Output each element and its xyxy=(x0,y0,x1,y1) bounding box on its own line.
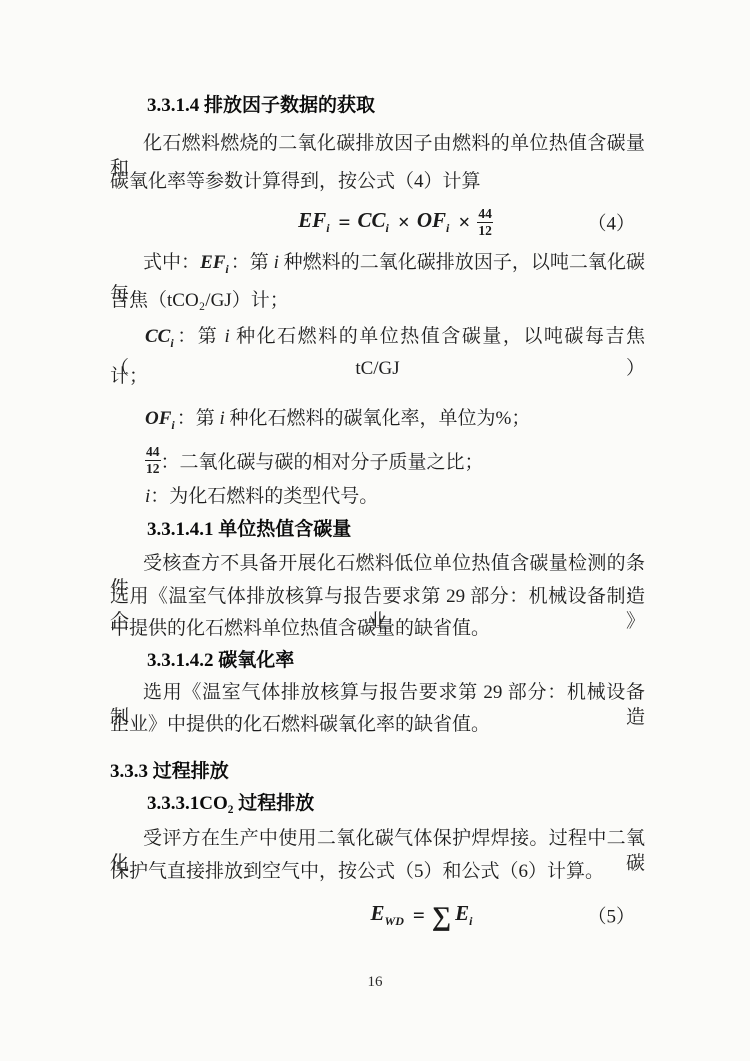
formula-subscript: WD xyxy=(385,914,404,928)
definition-colon: ： xyxy=(161,447,180,474)
heading-carbon-oxidation-rate: 3.3.1.4.2 碳氧化率 xyxy=(110,648,645,673)
formula-subscript: i xyxy=(446,221,449,235)
fraction-denominator: 12 xyxy=(146,461,160,476)
paragraph-line: 碳氧化率等参数计算得到，按公式（4）计算 xyxy=(110,169,645,194)
definition-text: ：第 xyxy=(176,326,225,347)
definition-text: 二氧化碳与碳的相对分子质量之比； xyxy=(180,447,484,474)
heading-co2-process-emission: 3.3.3.1CO₂ 过程排放 xyxy=(110,791,645,816)
paragraph-line: 企业》中提供的化石燃料碳氧化率的缺省值。 xyxy=(110,712,645,737)
formula-4: EFi = CCi × OFi × 4412 （4） xyxy=(110,200,645,244)
formula-5-expression: EWD = ∑ Ei xyxy=(371,900,475,931)
equation-number: （5） xyxy=(587,902,635,929)
fraction-44-12: 4412 xyxy=(477,206,493,237)
summation-sign: ∑ xyxy=(432,901,451,932)
paragraph-line: 保护气直接排放到空气中，按公式（5）和公式（6）计算。 xyxy=(110,859,645,884)
definition-text: ：为化石燃料的类型代号。 xyxy=(150,486,378,507)
formula-var: E xyxy=(371,901,385,925)
formula-var: CC xyxy=(145,326,170,347)
formula-var: OF xyxy=(417,208,446,232)
heading-emission-factor-data: 3.3.1.4 排放因子数据的获取 xyxy=(110,93,645,118)
formula-subscript: i xyxy=(225,262,228,276)
fraction-44-12: 4412 xyxy=(145,444,161,475)
equals-sign: = xyxy=(339,210,351,235)
formula-4-expression: EFi = CCi × OFi × 4412 xyxy=(298,206,493,237)
definition-of: OFi：第 i 种化石燃料的碳氧化率，单位为%； xyxy=(110,406,645,438)
formula-subscript: i xyxy=(469,914,472,928)
fraction-numerator: 44 xyxy=(477,206,493,222)
formula-var: OF xyxy=(145,408,171,429)
definition-ef-continuation: 吉焦（tCO₂/GJ）计； xyxy=(110,288,645,313)
paragraph-line: 中提供的化石燃料单位热值含碳量的缺省值。 xyxy=(110,616,645,641)
formula-5: EWD = ∑ Ei （5） xyxy=(110,893,645,937)
times-sign: × xyxy=(398,210,410,235)
definition-cc-continuation: 计； xyxy=(110,364,645,389)
formula-var: EF xyxy=(200,252,225,273)
fraction-numerator: 44 xyxy=(145,444,161,460)
definition-text: 种化石燃料的碳氧化率，单位为%； xyxy=(225,408,531,429)
definition-i: i：为化石燃料的类型代号。 xyxy=(110,484,645,509)
definition-ratio: 4412：二氧化碳与碳的相对分子质量之比； xyxy=(110,441,645,479)
document-page: 3.3.1.4 排放因子数据的获取 化石燃料燃烧的二氧化碳排放因子由燃料的单位热… xyxy=(0,0,750,1061)
formula-subscript: i xyxy=(171,418,174,432)
definition-text: ：第 xyxy=(177,408,220,429)
formula-var: E xyxy=(455,901,469,925)
formula-subscript: i xyxy=(170,336,173,350)
times-sign: × xyxy=(458,210,470,235)
heading-unit-carbon-content: 3.3.1.4.1 单位热值含碳量 xyxy=(110,517,645,542)
formula-subscript: i xyxy=(326,221,329,235)
definition-text: ：第 xyxy=(231,252,274,273)
page-number: 16 xyxy=(0,974,750,991)
heading-process-emission: 3.3.3 过程排放 xyxy=(110,759,645,784)
equals-sign: = xyxy=(413,903,425,928)
formula-var: CC xyxy=(358,208,386,232)
formula-subscript: i xyxy=(386,221,389,235)
fraction-denominator: 12 xyxy=(478,223,492,238)
definition-prefix: 式中： xyxy=(143,252,200,273)
equation-number: （4） xyxy=(587,209,635,236)
formula-var: EF xyxy=(298,208,326,232)
